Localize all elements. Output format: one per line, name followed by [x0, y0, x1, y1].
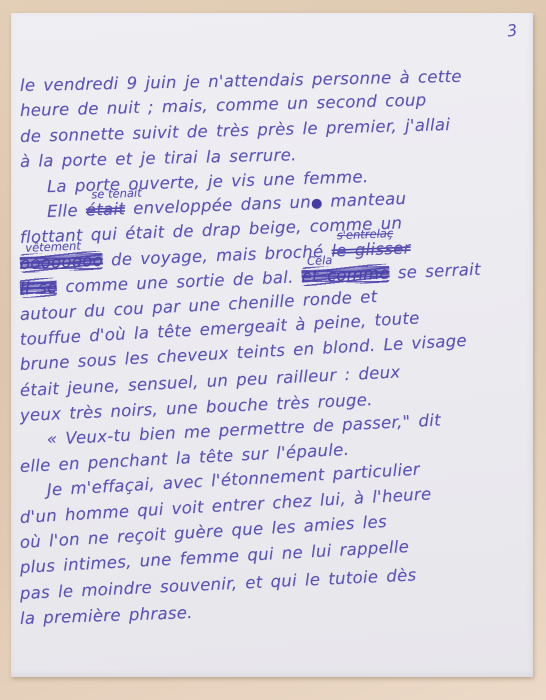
scribbled-out-word: oooooooovêtement: [20, 250, 104, 272]
inserted-correction: vêtement: [25, 239, 81, 253]
manuscript-paper: 3 le vendredi 9 juin je n'attendais pers…: [11, 13, 533, 677]
manuscript-text: le vendredi 9 juin je n'attendais person…: [20, 73, 533, 632]
inserted-correction: s'entrelaç: [337, 227, 394, 241]
handwritten-text: la première phrase.: [20, 603, 193, 628]
scribbled-out-word: Il se: [19, 278, 57, 299]
struck-word: étaitse tenait: [86, 199, 126, 219]
page-number: 3: [506, 20, 519, 40]
handwritten-text: Elle: [47, 201, 87, 221]
ink-blot: ●: [311, 196, 323, 211]
struck-word: le glissers'entrelaç: [331, 238, 411, 260]
photo-mat-frame: 3 le vendredi 9 juin je n'attendais pers…: [0, 0, 546, 700]
handwritten-text: manteau: [322, 189, 407, 211]
inserted-correction: Cela: [307, 254, 333, 267]
